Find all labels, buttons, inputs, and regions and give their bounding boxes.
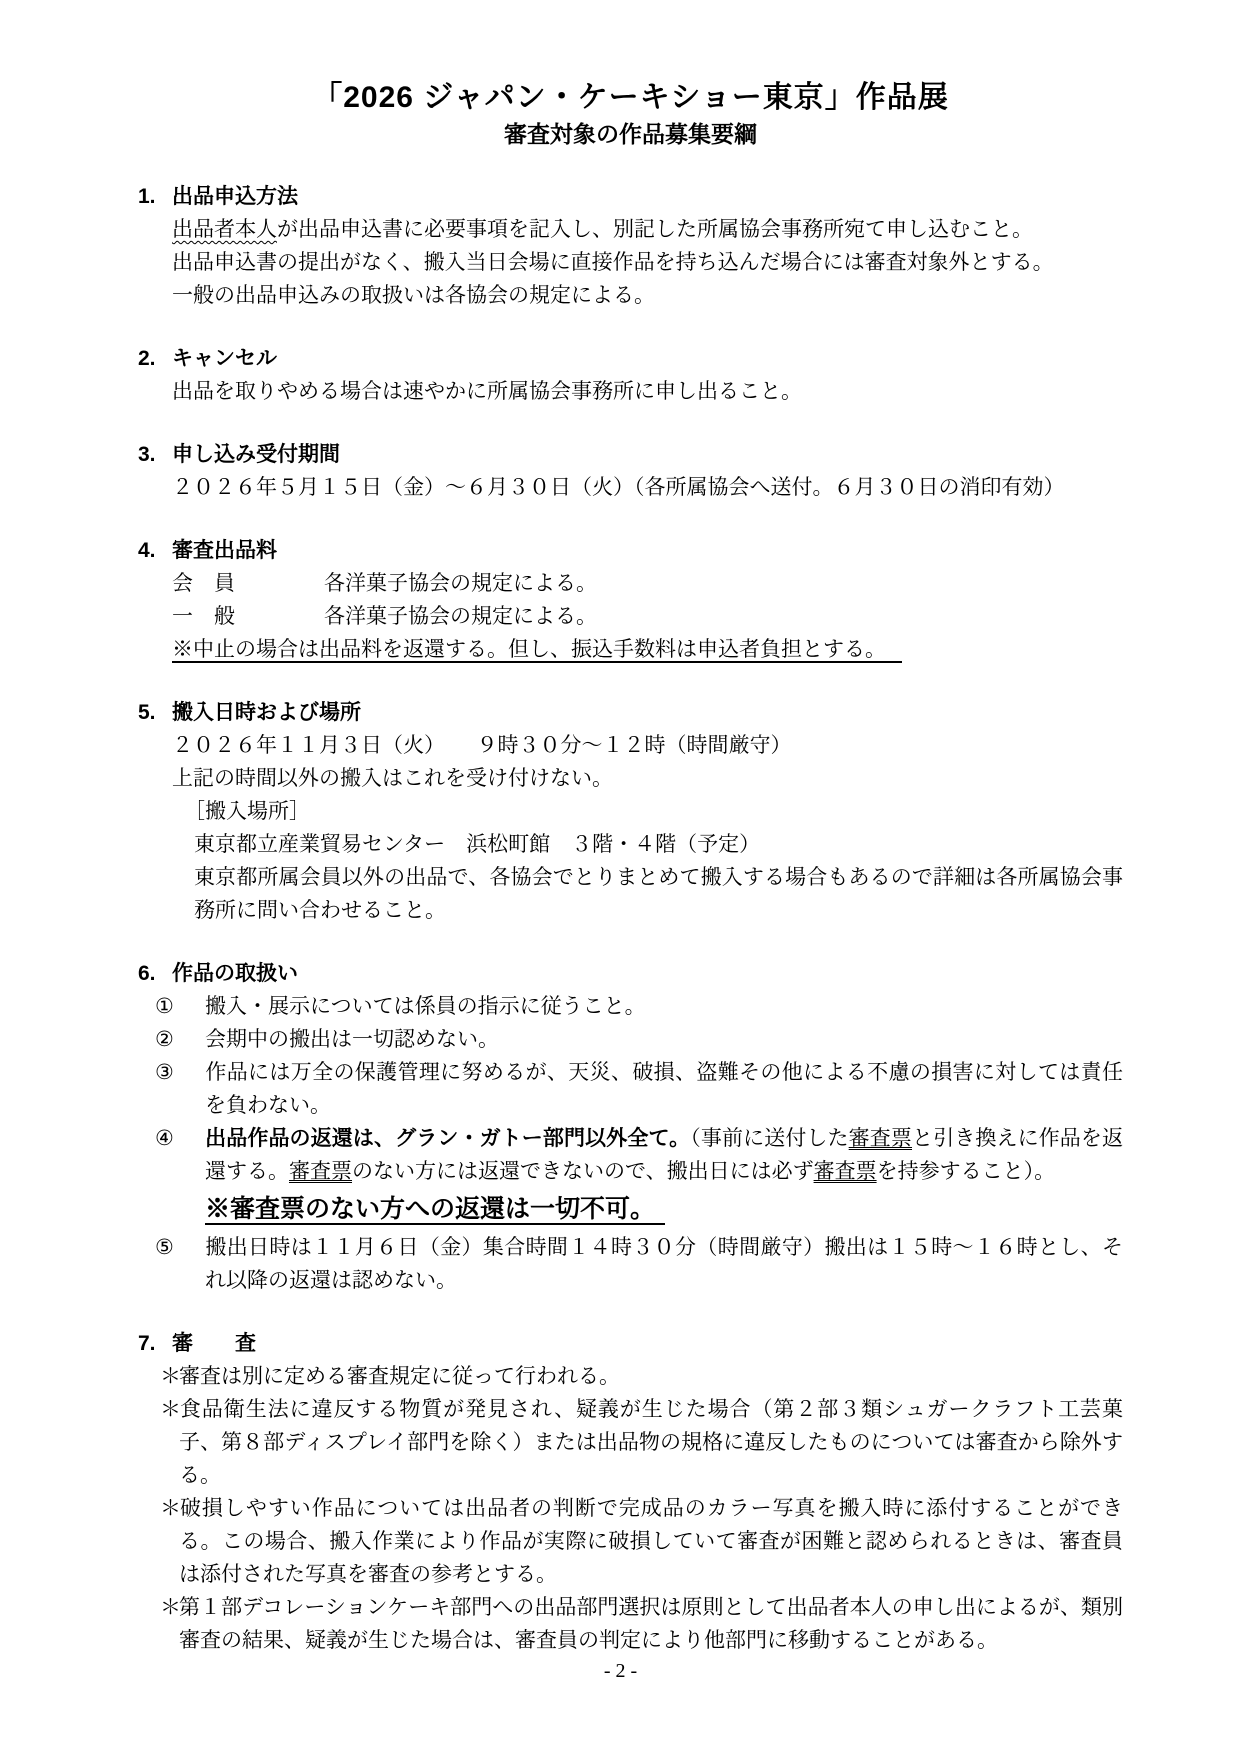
underlined-warning-text: ※審査票のない方への返還は一切不可。 xyxy=(205,1195,665,1225)
paragraph: ２０２６年１１月３日（火） ９時３０分～１２時（時間厳守） xyxy=(172,729,1123,762)
double-underlined-text: 審査票 xyxy=(289,1159,352,1183)
section-application-period: 3. 申し込み受付期間 ２０２６年５月１５日（金）～６月３０日（火）（各所属協会… xyxy=(138,438,1123,504)
asterisk-item: ＊破損しやすい作品については出品者の判断で完成品のカラー写真を搬入時に添付するこ… xyxy=(160,1492,1123,1591)
double-underlined-text: 審査票 xyxy=(849,1126,912,1150)
asterisk-marker: ＊ xyxy=(160,1360,179,1393)
fee-row-member: 会 員 各洋菓子協会の規定による。 xyxy=(172,567,1123,600)
section-number: 5. xyxy=(138,696,172,729)
paragraph: 出品申込書の提出がなく、搬入当日会場に直接作品を持ち込んだ場合には審査対象外とす… xyxy=(172,246,1123,279)
section-number: 3. xyxy=(138,438,172,471)
section-title: 申し込み受付期間 xyxy=(172,438,340,471)
section-title: 作品の取扱い xyxy=(172,957,298,990)
fee-row-general: 一 般 各洋菓子協会の規定による。 xyxy=(172,600,1123,633)
circled-number-marker: ④ xyxy=(155,1122,205,1155)
fee-label: 一 般 xyxy=(172,600,324,633)
section-title: 出品申込方法 xyxy=(172,180,298,213)
section-number: 4. xyxy=(138,534,172,567)
section-body: 出品を取りやめる場合は速やかに所属協会事務所に申し出ること。 xyxy=(172,375,1123,408)
circled-number-marker: ① xyxy=(155,990,205,1023)
list-item-text: 審査は別に定める審査規定に従って行われる。 xyxy=(179,1364,620,1388)
list-item: ④出品作品の返還は、グラン・ガトー部門以外全て。（事前に送付した審査票と引き換え… xyxy=(155,1122,1123,1188)
fee-value: 各洋菓子協会の規定による。 xyxy=(324,600,597,633)
section-heading-row: 7. 審 査 xyxy=(138,1327,1123,1360)
section-body: ①搬入・展示については係員の指示に従うこと。 ②会期中の搬出は一切認めない。 ③… xyxy=(138,990,1123,1297)
section-title: キャンセル xyxy=(172,342,277,375)
list-item-text: 食品衛生法に違反する物質が発見され、疑義が生じた場合（第２部３類シュガークラフト… xyxy=(179,1397,1123,1487)
list-item-text: のない方には返還できないので、搬出日には必ず xyxy=(352,1159,814,1183)
paragraph: 東京都所属会員以外の出品で、各協会でとりまとめて搬入する場合もあるので詳細は各所… xyxy=(194,861,1123,927)
underlined-note-text: ※中止の場合は出品料を返還する。但し、振込手数料は申込者負担とする。 xyxy=(172,637,902,663)
section-judging: 7. 審 査 ＊審査は別に定める審査規定に従って行われる。 ＊食品衛生法に違反す… xyxy=(138,1327,1123,1657)
document-page: 「2026 ジャパン・ケーキショー東京」作品展 審査対象の作品募集要綱 1. 出… xyxy=(0,0,1241,1754)
section-entry-fee: 4. 審査出品料 会 員 各洋菓子協会の規定による。 一 般 各洋菓子協会の規定… xyxy=(138,534,1123,666)
section-artwork-handling: 6. 作品の取扱い ①搬入・展示については係員の指示に従うこと。 ②会期中の搬出… xyxy=(138,957,1123,1297)
bold-lead-text: 出品作品の返還は、グラン・ガトー部門以外全て。 xyxy=(205,1127,690,1150)
asterisk-marker: ＊ xyxy=(160,1393,179,1426)
list-item-text: 破損しやすい作品については出品者の判断で完成品のカラー写真を搬入時に添付すること… xyxy=(179,1496,1123,1586)
refund-note: ※中止の場合は出品料を返還する。但し、振込手数料は申込者負担とする。 xyxy=(172,633,1123,666)
paragraph: ２０２６年５月１５日（金）～６月３０日（火）（各所属協会へ送付。６月３０日の消印… xyxy=(172,471,1123,504)
list-item-text: 搬出日時は１１月６日（金）集合時間１４時３０分（時間厳守）搬出は１５時～１６時と… xyxy=(205,1235,1123,1292)
section-delivery-datetime-place: 5. 搬入日時および場所 ２０２６年１１月３日（火） ９時３０分～１２時（時間厳… xyxy=(138,696,1123,927)
circled-number-marker: ③ xyxy=(155,1056,205,1089)
section-body: 会 員 各洋菓子協会の規定による。 一 般 各洋菓子協会の規定による。 ※中止の… xyxy=(172,567,1123,666)
circled-number-marker: ② xyxy=(155,1023,205,1056)
section-heading-row: 5. 搬入日時および場所 xyxy=(138,696,1123,729)
list-item: ③作品には万全の保護管理に努めるが、天災、破損、盗難その他による不慮の損害に対し… xyxy=(155,1056,1123,1122)
delivery-place-label: ［搬入場所］ xyxy=(184,795,1123,828)
list-item: ①搬入・展示については係員の指示に従うこと。 xyxy=(155,990,1123,1023)
list-item-text: 搬入・展示については係員の指示に従うこと。 xyxy=(205,994,646,1018)
list-item: ⑤搬出日時は１１月６日（金）集合時間１４時３０分（時間厳守）搬出は１５時～１６時… xyxy=(155,1231,1123,1297)
asterisk-marker: ＊ xyxy=(160,1492,179,1525)
section-body: 出品者本人が出品申込書に必要事項を記入し、別記した所属協会事務所宛て申し込むこと… xyxy=(172,213,1123,312)
section-heading-row: 1. 出品申込方法 xyxy=(138,180,1123,213)
circled-number-marker: ⑤ xyxy=(155,1231,205,1264)
list-item-text: を持参すること）。 xyxy=(877,1159,1056,1183)
double-underlined-text: 審査票 xyxy=(814,1159,877,1183)
list-item-text: 作品には万全の保護管理に努めるが、天災、破損、盗難その他による不慮の損害に対して… xyxy=(205,1060,1123,1117)
section-number: 6. xyxy=(138,957,172,990)
paragraph: 出品者本人が出品申込書に必要事項を記入し、別記した所属協会事務所宛て申し込むこと… xyxy=(172,213,1123,246)
section-number: 2. xyxy=(138,342,172,375)
section-heading-row: 4. 審査出品料 xyxy=(138,534,1123,567)
paragraph: 上記の時間以外の搬入はこれを受け付けない。 xyxy=(172,762,1123,795)
page-subtitle: 審査対象の作品募集要綱 xyxy=(138,118,1123,150)
no-return-warning: ※審査票のない方への返還は一切不可。 xyxy=(205,1191,1123,1228)
page-title: 「2026 ジャパン・ケーキショー東京」作品展 xyxy=(138,78,1123,118)
wavy-underlined-text: 出品者本人 xyxy=(172,217,277,241)
section-heading-row: 2. キャンセル xyxy=(138,342,1123,375)
section-title: 搬入日時および場所 xyxy=(172,696,361,729)
section-body: ２０２６年５月１５日（金）～６月３０日（火）（各所属協会へ送付。６月３０日の消印… xyxy=(172,471,1123,504)
asterisk-item: ＊食品衛生法に違反する物質が発見され、疑義が生じた場合（第２部３類シュガークラフ… xyxy=(160,1393,1123,1492)
paragraph-text: が出品申込書に必要事項を記入し、別記した所属協会事務所宛て申し込むこと。 xyxy=(277,217,1033,241)
section-number: 7. xyxy=(138,1327,172,1360)
asterisk-item: ＊審査は別に定める審査規定に従って行われる。 xyxy=(160,1360,1123,1393)
asterisk-item: ＊第１部デコレーションケーキ部門への出品部門選択は原則として出品者本人の申し出に… xyxy=(160,1591,1123,1657)
section-number: 1. xyxy=(138,180,172,213)
section-title: 審査出品料 xyxy=(172,534,277,567)
fee-value: 各洋菓子協会の規定による。 xyxy=(324,567,597,600)
section-title: 審 査 xyxy=(172,1327,256,1360)
paragraph: 一般の出品申込みの取扱いは各協会の規定による。 xyxy=(172,279,1123,312)
delivery-place-value: 東京都立産業貿易センター 浜松町館 ３階・４階（予定） xyxy=(194,828,1123,861)
list-item-text: 会期中の搬出は一切認めない。 xyxy=(205,1027,499,1051)
paragraph: 出品を取りやめる場合は速やかに所属協会事務所に申し出ること。 xyxy=(172,375,1123,408)
fee-label: 会 員 xyxy=(172,567,324,600)
section-heading-row: 6. 作品の取扱い xyxy=(138,957,1123,990)
section-body: ２０２６年１１月３日（火） ９時３０分～１２時（時間厳守） 上記の時間以外の搬入… xyxy=(172,729,1123,927)
page-number-footer: - 2 - xyxy=(0,1655,1241,1688)
section-heading-row: 3. 申し込み受付期間 xyxy=(138,438,1123,471)
section-entry-method: 1. 出品申込方法 出品者本人が出品申込書に必要事項を記入し、別記した所属協会事… xyxy=(138,180,1123,312)
section-cancel: 2. キャンセル 出品を取りやめる場合は速やかに所属協会事務所に申し出ること。 xyxy=(138,342,1123,408)
asterisk-marker: ＊ xyxy=(160,1591,179,1624)
list-item: ②会期中の搬出は一切認めない。 xyxy=(155,1023,1123,1056)
list-item-text: （事前に送付した xyxy=(690,1126,848,1150)
section-body: ＊審査は別に定める審査規定に従って行われる。 ＊食品衛生法に違反する物質が発見さ… xyxy=(138,1360,1123,1657)
list-item-text: 第１部デコレーションケーキ部門への出品部門選択は原則として出品者本人の申し出によ… xyxy=(179,1595,1123,1652)
